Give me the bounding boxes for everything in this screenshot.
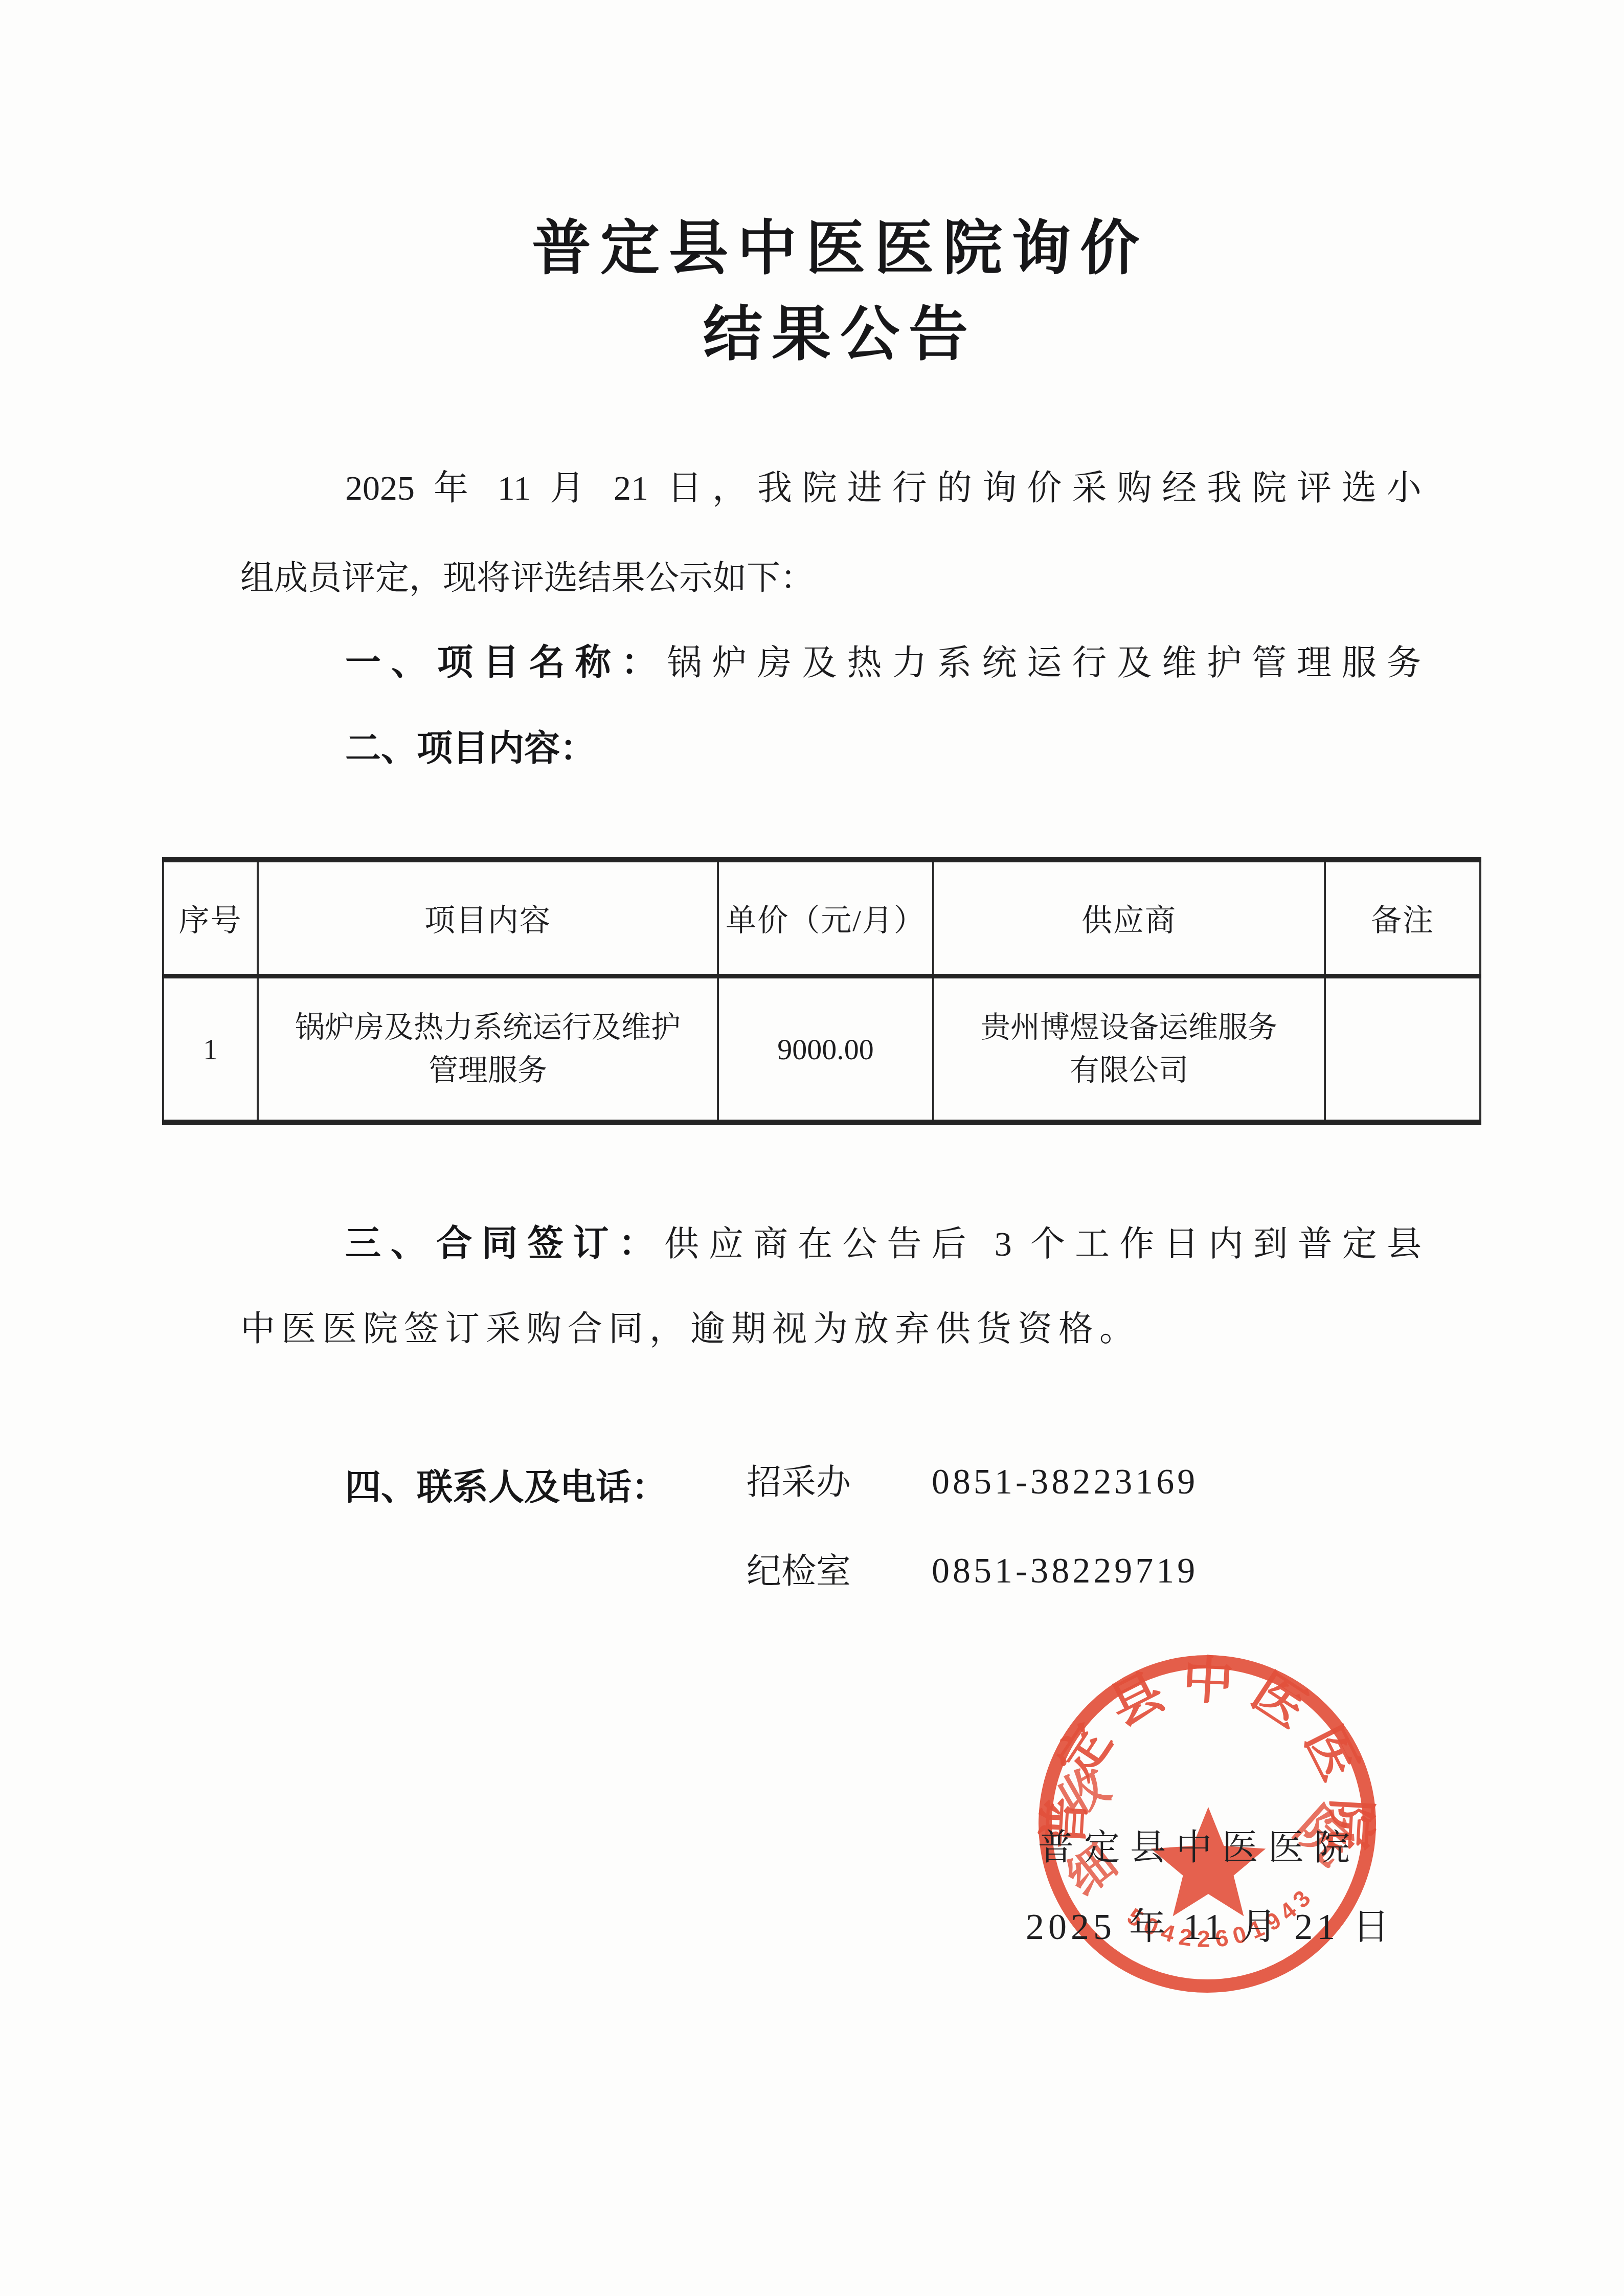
signature-date: 2025 年 11 月 21 日 [1026,1897,1393,1950]
cell-supplier: 贵州博煜设备运维服务 有限公司 [933,976,1325,1123]
results-table: 序号 项目内容 单价（元/月） 供应商 备注 1 锅炉房及热力系统运行及维护 管… [162,857,1481,1125]
section-2-line: 二、项目内容： [345,726,596,771]
header-remark: 备注 [1325,860,1480,976]
cell-remark [1325,976,1480,1123]
cell-supplier-line2: 有限公司 [934,1049,1324,1092]
section-3-line2: 中医医院签订采购合同，逾期视为放弃供货资格。 [240,1307,1140,1351]
intro-line-2: 组成员评定，现将评选结果公示如下： [240,558,814,600]
header-price: 单价（元/月） [718,860,933,976]
contact-2-phone: 0851-38229719 [932,1549,1198,1594]
cell-content-line2: 管理服务 [259,1049,717,1092]
section-3-line1: 三、合同签订：供应商在公告后 3 个工作日内到普定县 [345,1221,1422,1266]
cell-supplier-line1: 贵州博煜设备运维服务 [934,1006,1324,1049]
section-4-label: 四、联系人及电话： [345,1459,667,1510]
title-block: 普定县中医医院询价 [28,200,1624,286]
contact-2-name: 纪检室 [747,1550,851,1593]
section-2-label: 二、项目内容： [345,728,596,768]
contact-1-name: 招采办 [747,1461,851,1504]
intro-line-1: 2025 年 11 月 21 日，我院进行的询价采购经我院评选小 [345,466,1422,510]
cell-content: 锅炉房及热力系统运行及维护 管理服务 [258,976,718,1123]
section-3-text: 供应商在公告后 3 个工作日内到普定县 [664,1224,1422,1263]
table-header-row: 序号 项目内容 单价（元/月） 供应商 备注 [163,860,1480,976]
header-content: 项目内容 [258,860,718,976]
signature-org: 普定县中医医院 [1038,1819,1360,1870]
header-supplier: 供应商 [933,860,1325,976]
page-title-line2: 结果公告 [28,286,1624,372]
section-1-text: 锅炉房及热力系统运行及维护管理服务 [667,643,1422,682]
title-block-line2: 结果公告 [28,286,1624,372]
cell-seq: 1 [163,976,258,1123]
header-seq: 序号 [163,860,258,976]
table-row: 1 锅炉房及热力系统运行及维护 管理服务 9000.00 贵州博煜设备运维服务 … [163,976,1480,1123]
contact-1-phone: 0851-38223169 [932,1460,1198,1505]
scanned-announcement-page: 普定县中医医院询价 结果公告 2025 年 11 月 21 日，我院进行的询价采… [0,0,1624,2296]
section-1-label: 一、项目名称： [345,642,667,682]
section-3-label: 三、合同签订： [345,1223,664,1263]
page-title-line1: 普定县中医医院询价 [28,200,1624,286]
cell-price: 9000.00 [718,976,933,1123]
cell-content-line1: 锅炉房及热力系统运行及维护 [259,1006,717,1049]
section-1-line: 一、项目名称：锅炉房及热力系统运行及维护管理服务 [345,640,1422,685]
